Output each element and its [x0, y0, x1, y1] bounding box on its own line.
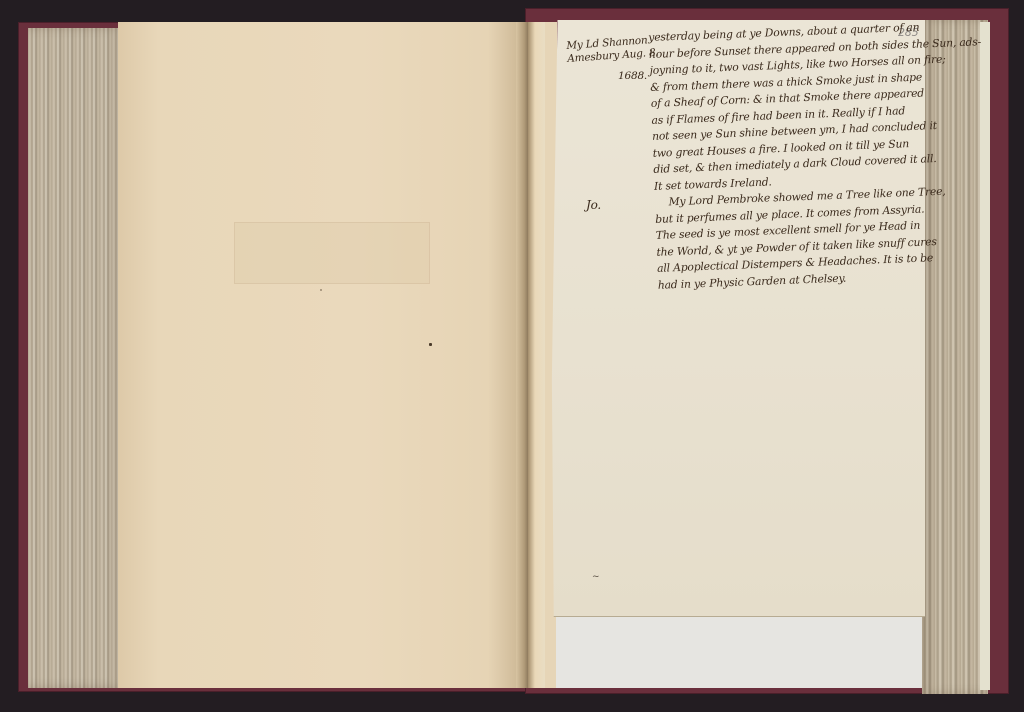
gutter-left — [516, 22, 528, 688]
margin-ditto: Jo. — [586, 198, 601, 212]
paper-speck — [429, 343, 432, 346]
ghost-impression — [234, 222, 430, 284]
pencil-mark: ~ — [592, 572, 599, 582]
page-stack-left — [28, 28, 124, 688]
mount-paper — [556, 616, 922, 688]
manuscript-text: yesterday being at ye Downs, about a qua… — [648, 17, 990, 294]
left-page-blank — [118, 22, 520, 688]
paper-speck — [320, 289, 322, 291]
margin-year: 1688. — [618, 70, 647, 82]
